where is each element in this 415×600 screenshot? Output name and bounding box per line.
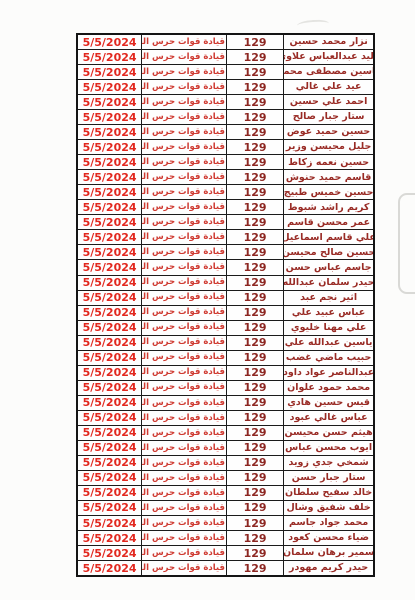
cell-count: 129 [227,230,284,244]
cell-count: 129 [227,426,284,440]
cell-name: وليد عبدالعباس علاوي [284,50,373,64]
cell-count: 129 [227,291,284,305]
table-row: 5/5/2024قيادة قوات حرس الحدود129نزار محم… [78,35,373,50]
table-row: 5/5/2024قيادة قوات حرس الحدود129عمر محسن… [78,215,373,230]
cell-count: 129 [227,306,284,320]
cell-date: 5/5/2024 [78,260,142,274]
cell-count: 129 [227,366,284,380]
table-row: 5/5/2024قيادة قوات حرس الحدود129ياسين عب… [78,336,373,351]
cell-name: حيدر كريم مهودر [284,561,373,575]
table-row: 5/5/2024قيادة قوات حرس الحدود129جليل محي… [78,140,373,155]
cell-name: قاسم حميد حنوش [284,170,373,184]
cell-unit: قيادة قوات حرس الحدود [142,125,227,139]
cell-unit: قيادة قوات حرس الحدود [142,411,227,425]
table-row: 5/5/2024قيادة قوات حرس الحدود129ضياء محس… [78,531,373,546]
cell-count: 129 [227,155,284,169]
table-row: 5/5/2024قيادة قوات حرس الحدود129حبيب ماض… [78,351,373,366]
cell-count: 129 [227,336,284,350]
cell-unit: قيادة قوات حرس الحدود [142,426,227,440]
cell-count: 129 [227,456,284,470]
table-row: 5/5/2024قيادة قوات حرس الحدود129وليد عبد… [78,50,373,65]
table-row: 5/5/2024قيادة قوات حرس الحدود129علي مهنا… [78,321,373,336]
cell-date: 5/5/2024 [78,441,142,455]
cell-date: 5/5/2024 [78,215,142,229]
table-row: 5/5/2024قيادة قوات حرس الحدود129خالد سفي… [78,486,373,501]
cell-unit: قيادة قوات حرس الحدود [142,215,227,229]
cell-unit: قيادة قوات حرس الحدود [142,441,227,455]
cell-date: 5/5/2024 [78,276,142,290]
cell-unit: قيادة قوات حرس الحدود [142,516,227,530]
cell-unit: قيادة قوات حرس الحدود [142,110,227,124]
cell-date: 5/5/2024 [78,65,142,79]
cell-unit: قيادة قوات حرس الحدود [142,291,227,305]
cell-date: 5/5/2024 [78,200,142,214]
table-row: 5/5/2024قيادة قوات حرس الحدود129سمير بره… [78,546,373,561]
table-row: 5/5/2024قيادة قوات حرس الحدود129حسين حمي… [78,125,373,140]
cell-name: حسين نعمه زكاط [284,155,373,169]
cell-count: 129 [227,35,284,49]
cell-date: 5/5/2024 [78,456,142,470]
cell-count: 129 [227,95,284,109]
cell-name: ياسين عبدالله علي [284,336,373,350]
table-row: 5/5/2024قيادة قوات حرس الحدود129ياسين مص… [78,65,373,80]
table-row: 5/5/2024قيادة قوات حرس الحدود129ايوب محس… [78,441,373,456]
table-row: 5/5/2024قيادة قوات حرس الحدود129اثير نجم… [78,291,373,306]
cell-date: 5/5/2024 [78,306,142,320]
cell-count: 129 [227,245,284,259]
cell-name: شمخي جدي زويد [284,456,373,470]
table-row: 5/5/2024قيادة قوات حرس الحدود129عيد علي … [78,80,373,95]
cell-name: محمد جواد جاسم [284,516,373,530]
cell-date: 5/5/2024 [78,426,142,440]
cell-date: 5/5/2024 [78,230,142,244]
cell-unit: قيادة قوات حرس الحدود [142,95,227,109]
cell-unit: قيادة قوات حرس الحدود [142,396,227,410]
cell-date: 5/5/2024 [78,561,142,575]
cell-unit: قيادة قوات حرس الحدود [142,65,227,79]
cell-unit: قيادة قوات حرس الحدود [142,170,227,184]
cell-name: علي مهنا خليوي [284,321,373,335]
table-row: 5/5/2024قيادة قوات حرس الحدود129علي قاسم… [78,230,373,245]
table-row: 5/5/2024قيادة قوات حرس الحدود129حسين نعم… [78,155,373,170]
table-row: 5/5/2024قيادة قوات حرس الحدود129عبدالناص… [78,366,373,381]
cell-date: 5/5/2024 [78,170,142,184]
cell-date: 5/5/2024 [78,486,142,500]
table-row: 5/5/2024قيادة قوات حرس الحدود129قيس حسين… [78,396,373,411]
cell-count: 129 [227,170,284,184]
cell-unit: قيادة قوات حرس الحدود [142,200,227,214]
cell-name: حبيب ماضي غضب [284,351,373,365]
cell-count: 129 [227,381,284,395]
cell-count: 129 [227,65,284,79]
cell-date: 5/5/2024 [78,516,142,530]
table-row: 5/5/2024قيادة قوات حرس الحدود129كريم راش… [78,200,373,215]
cell-date: 5/5/2024 [78,411,142,425]
table-row: 5/5/2024قيادة قوات حرس الحدود129احمد علي… [78,95,373,110]
cell-unit: قيادة قوات حرس الحدود [142,245,227,259]
table-row: 5/5/2024قيادة قوات حرس الحدود129محمد جوا… [78,516,373,531]
cell-date: 5/5/2024 [78,336,142,350]
table-row: 5/5/2024قيادة قوات حرس الحدود129جاسم عبا… [78,260,373,275]
cell-name: ايوب محسن عباس [284,441,373,455]
cell-unit: قيادة قوات حرس الحدود [142,306,227,320]
cell-date: 5/5/2024 [78,125,142,139]
cell-count: 129 [227,80,284,94]
cell-count: 129 [227,110,284,124]
cell-unit: قيادة قوات حرس الحدود [142,80,227,94]
cell-name: هيثم حسن محيسن [284,426,373,440]
cell-count: 129 [227,546,284,560]
cell-count: 129 [227,276,284,290]
table-row: 5/5/2024قيادة قوات حرس الحدود129ستار جبا… [78,110,373,125]
cell-count: 129 [227,396,284,410]
cell-name: حسين حميد عوض [284,125,373,139]
cell-count: 129 [227,215,284,229]
cell-date: 5/5/2024 [78,35,142,49]
cell-unit: قيادة قوات حرس الحدود [142,155,227,169]
cell-name: محمد حمود علوان [284,381,373,395]
cell-name: عمر محسن قاسم [284,215,373,229]
cell-unit: قيادة قوات حرس الحدود [142,546,227,560]
table-row: 5/5/2024قيادة قوات حرس الحدود129حيدر كري… [78,561,373,575]
cell-unit: قيادة قوات حرس الحدود [142,50,227,64]
cell-unit: قيادة قوات حرس الحدود [142,351,227,365]
cell-unit: قيادة قوات حرس الحدود [142,561,227,575]
cell-date: 5/5/2024 [78,245,142,259]
cell-name: اثير نجم عبد [284,291,373,305]
cell-unit: قيادة قوات حرس الحدود [142,276,227,290]
cell-count: 129 [227,321,284,335]
table-row: 5/5/2024قيادة قوات حرس الحدود129عباس غال… [78,411,373,426]
cell-count: 129 [227,200,284,214]
cell-date: 5/5/2024 [78,110,142,124]
cell-name: علي قاسم اسماعيل [284,230,373,244]
cell-unit: قيادة قوات حرس الحدود [142,140,227,154]
cell-count: 129 [227,531,284,545]
cell-name: احمد علي حسين [284,95,373,109]
rounded-corner-artifact [398,193,415,294]
cell-count: 129 [227,501,284,515]
cell-date: 5/5/2024 [78,366,142,380]
cell-date: 5/5/2024 [78,140,142,154]
cell-date: 5/5/2024 [78,381,142,395]
cell-name: ستار جبار حسن [284,471,373,485]
cell-date: 5/5/2024 [78,351,142,365]
document-page: 5/5/2024قيادة قوات حرس الحدود129نزار محم… [0,0,415,600]
cell-date: 5/5/2024 [78,80,142,94]
table-row: 5/5/2024قيادة قوات حرس الحدود129حسين صال… [78,245,373,260]
cell-name: حسين صالح محيسن [284,245,373,259]
cell-name: جليل محيسن وزير [284,140,373,154]
cell-date: 5/5/2024 [78,546,142,560]
table-row: 5/5/2024قيادة قوات حرس الحدود129عباس عبي… [78,306,373,321]
table-row: 5/5/2024قيادة قوات حرس الحدود129حيدر سلم… [78,276,373,291]
table-row: 5/5/2024قيادة قوات حرس الحدود129ستار جبا… [78,471,373,486]
cell-unit: قيادة قوات حرس الحدود [142,456,227,470]
photo-smudge-artifact [297,19,330,30]
cell-count: 129 [227,50,284,64]
cell-name: ستار جبار صالح [284,110,373,124]
cell-date: 5/5/2024 [78,396,142,410]
cell-count: 129 [227,140,284,154]
cell-unit: قيادة قوات حرس الحدود [142,381,227,395]
roster-table: 5/5/2024قيادة قوات حرس الحدود129نزار محم… [76,33,375,577]
cell-name: حيدر سلمان عبدالله [284,276,373,290]
cell-name: عيد علي غالي [284,80,373,94]
cell-name: نزار محمد حسين [284,35,373,49]
cell-count: 129 [227,125,284,139]
cell-unit: قيادة قوات حرس الحدود [142,321,227,335]
table-row: 5/5/2024قيادة قوات حرس الحدود129قاسم حمي… [78,170,373,185]
cell-date: 5/5/2024 [78,185,142,199]
cell-date: 5/5/2024 [78,155,142,169]
cell-name: عباس غالي عبود [284,411,373,425]
cell-name: عباس عبيد علي [284,306,373,320]
cell-date: 5/5/2024 [78,501,142,515]
cell-date: 5/5/2024 [78,321,142,335]
cell-date: 5/5/2024 [78,291,142,305]
cell-unit: قيادة قوات حرس الحدود [142,35,227,49]
cell-name: خالد سفيح سلطان [284,486,373,500]
cell-count: 129 [227,260,284,274]
cell-count: 129 [227,486,284,500]
cell-unit: قيادة قوات حرس الحدود [142,230,227,244]
cell-name: حسين خميس طبيج [284,185,373,199]
table-row: 5/5/2024قيادة قوات حرس الحدود129حسين خمي… [78,185,373,200]
cell-unit: قيادة قوات حرس الحدود [142,471,227,485]
cell-name: ياسين مصطفى محمد [284,65,373,79]
cell-count: 129 [227,351,284,365]
cell-count: 129 [227,561,284,575]
cell-count: 129 [227,185,284,199]
cell-date: 5/5/2024 [78,50,142,64]
cell-unit: قيادة قوات حرس الحدود [142,531,227,545]
cell-name: كريم راشد شبوط [284,200,373,214]
cell-date: 5/5/2024 [78,95,142,109]
cell-unit: قيادة قوات حرس الحدود [142,185,227,199]
cell-unit: قيادة قوات حرس الحدود [142,486,227,500]
cell-name: سمير برهان سلمان [284,546,373,560]
table-row: 5/5/2024قيادة قوات حرس الحدود129شمخي جدي… [78,456,373,471]
cell-name: عبدالناصر عواد داود [284,366,373,380]
cell-name: ضياء محسن كعود [284,531,373,545]
table-row: 5/5/2024قيادة قوات حرس الحدود129محمد حمو… [78,381,373,396]
cell-name: خلف شفيق وشال [284,501,373,515]
cell-name: جاسم عباس حسن [284,260,373,274]
cell-count: 129 [227,516,284,530]
cell-date: 5/5/2024 [78,471,142,485]
cell-unit: قيادة قوات حرس الحدود [142,336,227,350]
cell-count: 129 [227,411,284,425]
cell-unit: قيادة قوات حرس الحدود [142,501,227,515]
table-row: 5/5/2024قيادة قوات حرس الحدود129خلف شفيق… [78,501,373,516]
table-row: 5/5/2024قيادة قوات حرس الحدود129هيثم حسن… [78,426,373,441]
cell-unit: قيادة قوات حرس الحدود [142,260,227,274]
cell-count: 129 [227,441,284,455]
cell-unit: قيادة قوات حرس الحدود [142,366,227,380]
cell-name: قيس حسين هادي [284,396,373,410]
cell-count: 129 [227,471,284,485]
cell-date: 5/5/2024 [78,531,142,545]
